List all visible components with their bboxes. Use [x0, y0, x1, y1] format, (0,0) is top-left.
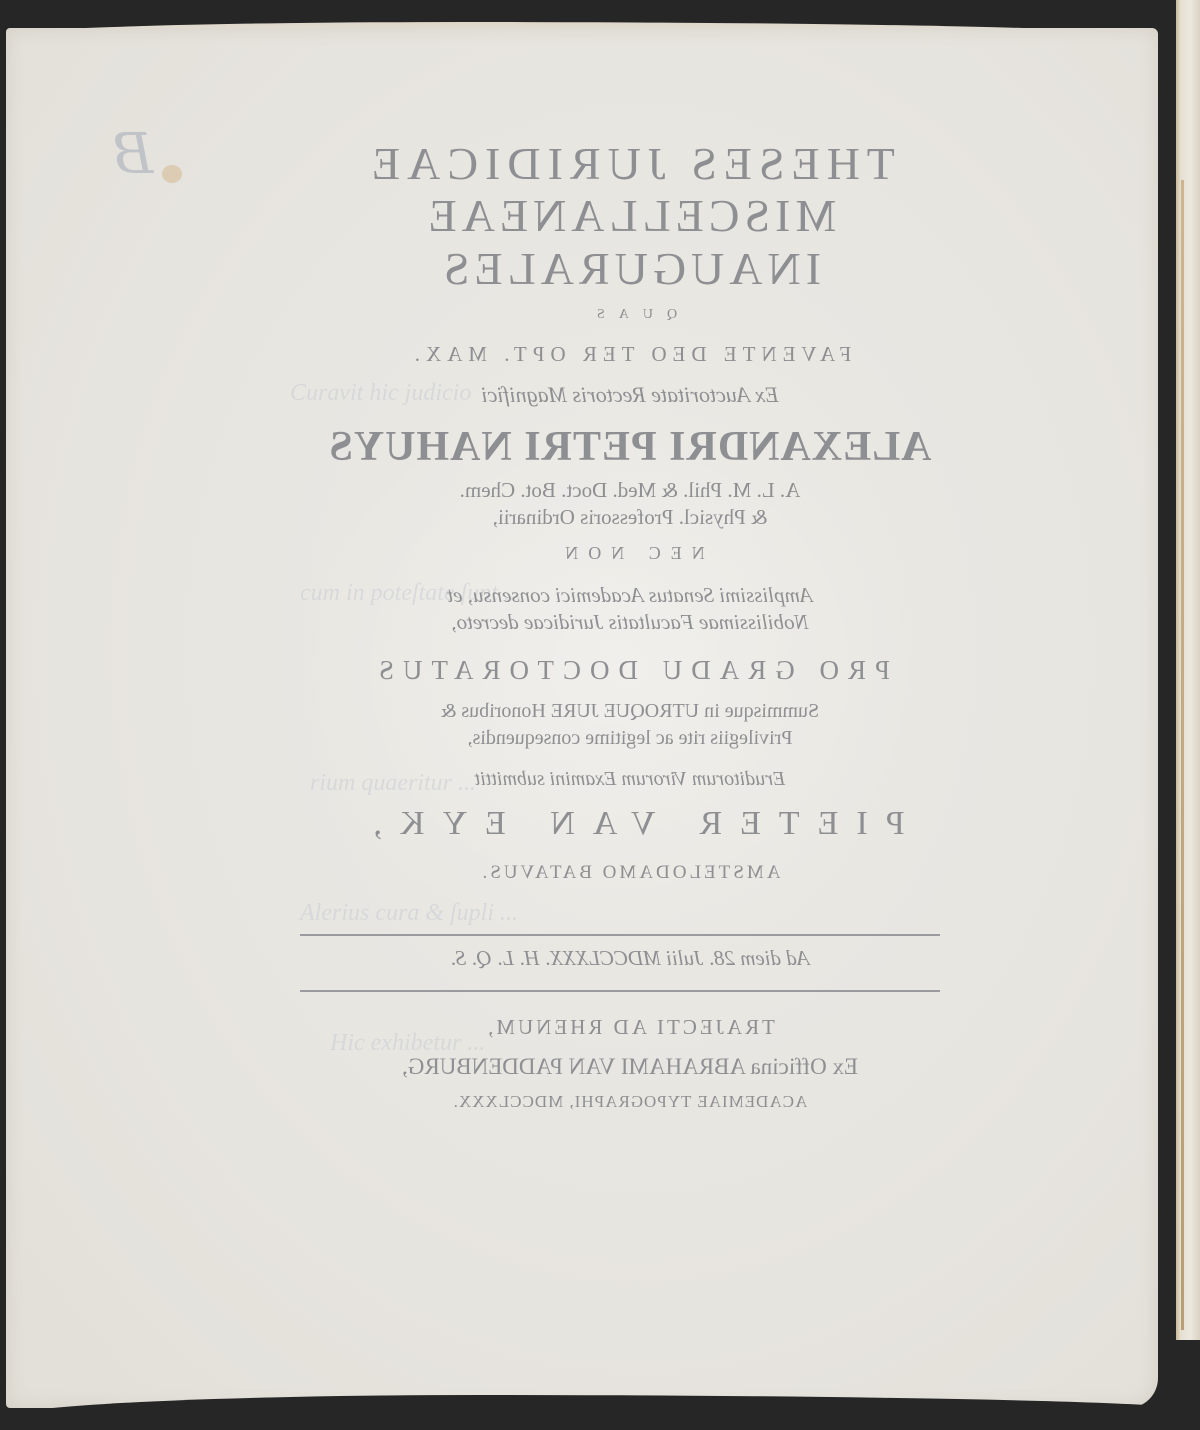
senatus-line: Amplissimi Senatus Academici consensu, e… [290, 583, 970, 608]
city-line: TRAJECTI AD RHENUM, [290, 1015, 970, 1040]
examen-line: Eruditorum Virorum Examini submittit [290, 768, 970, 791]
title-line-2: MISCELLANEAE [290, 189, 970, 242]
summis-line-2: Privilegiis rite ac legitime consequendi… [290, 727, 970, 750]
summis-line-1: Summisque in UTROQUE JURE Honoribus & [290, 700, 970, 723]
rector-degrees-1: A. L. M. Phil. & Med. Doct. Bot. Chem. [290, 478, 970, 503]
date-line: Ad diem 28. Julii MDCCLXXX. H. L. Q. S. [290, 946, 970, 971]
divider-rule [300, 990, 940, 992]
facultas-line: Nobilissimae Facultatis Juridicae decret… [290, 610, 970, 635]
necnon-line: NEC NON [290, 543, 970, 564]
author-origin: AMSTELODAMO BATAVUS. [290, 862, 970, 884]
pro-gradu-line: PRO GRADU DOCTORATUS [290, 655, 970, 686]
title-line-3: INAUGURALES [290, 242, 970, 295]
rector-name: ALEXANDRI PETRI NAHUYS [290, 423, 970, 471]
divider-rule [300, 934, 940, 936]
title-line-1: THESES JURIDICAE [290, 137, 970, 190]
quas-line: QUAS [290, 307, 970, 323]
printer-line: Ex Officina ABRAHAMI VAN PADDENBURG, [290, 1054, 970, 1080]
mirrored-title-page: THESES JURIDICAE MISCELLANEAE INAUGURALE… [60, 0, 1200, 1430]
author-name: PIETER VAN EYK, [290, 805, 970, 843]
favente-line: FAVENTE DEO TER OPT. MAX. [290, 342, 970, 367]
typographer-line: ACADEMIAE TYPOGRAPHI, MDCCLXXX. [290, 1092, 970, 1112]
auctoritate-line: Ex Auctoritate Rectoris Magnifici [290, 382, 970, 408]
rector-degrees-2: & Physicl. Professoris Ordinarii, [290, 505, 970, 530]
